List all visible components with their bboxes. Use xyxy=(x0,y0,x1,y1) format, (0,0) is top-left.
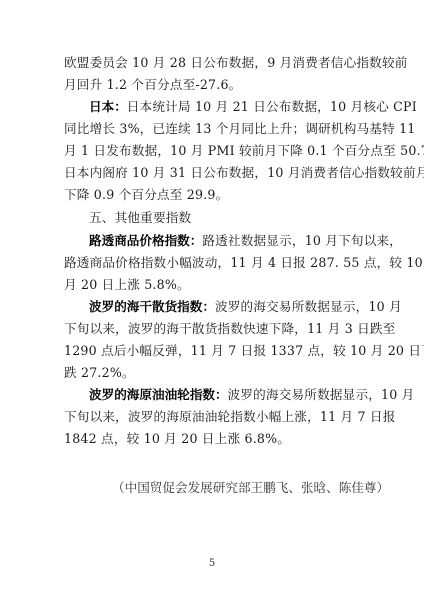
paragraph-bdi-line-2: 下旬以来，波罗的海干散货指数快速下降，11 月 3 日跌至 xyxy=(64,321,364,337)
paragraph-tanker-text: 波罗的海交易所数据显示，10 月 xyxy=(228,387,415,402)
paragraph-tanker-line-1: 波罗的海原油油轮指数：波罗的海交易所数据显示，10 月 xyxy=(89,387,364,403)
paragraph-eu-line-1: 欧盟委员会 10 月 28 日公布数据，9 月消费者信心指数较前 xyxy=(64,55,364,71)
paragraph-tanker-lead: 波罗的海原油油轮指数： xyxy=(89,387,228,402)
section-heading: 五、其他重要指数 xyxy=(89,210,364,226)
paragraph-reuters-line-1: 路透商品价格指数：路透社数据显示，10 月下旬以来， xyxy=(89,233,364,249)
paragraph-japan-line-2: 同比增长 3%，已连续 13 个月同比上升；调研机构马基特 11 xyxy=(64,121,364,137)
paragraph-japan-line-3: 月 1 日发布数据，10 月 PMI 较前月下降 0.1 个百分点至 50.7； xyxy=(64,143,364,159)
paragraph-reuters-line-2: 路透商品价格指数小幅波动，11 月 4 日报 287. 55 点，较 10 xyxy=(64,255,364,271)
attribution: （中国贸促会发展研究部王鹏飞、张晗、陈佳尊） xyxy=(112,480,372,496)
paragraph-japan-text: 日本统计局 10 月 21 日公布数据，10 月核心 CPI xyxy=(127,99,417,114)
paragraph-tanker-line-3: 1842 点，较 10 月 20 日上涨 6.8%。 xyxy=(64,431,364,447)
paragraph-reuters-line-3: 月 20 日上涨 5.8%。 xyxy=(64,277,364,293)
paragraph-japan-line-5: 下降 0.9 个百分点至 29.9。 xyxy=(64,187,364,203)
paragraph-japan-line-4: 日本内阁府 10 月 31 日公布数据，10 月消费者信心指数较前月 xyxy=(64,165,364,181)
paragraph-reuters-lead: 路透商品价格指数： xyxy=(89,233,202,248)
paragraph-reuters-text: 路透社数据显示，10 月下旬以来， xyxy=(202,233,402,248)
document-page: 欧盟委员会 10 月 28 日公布数据，9 月消费者信心指数较前 月回升 1.2… xyxy=(0,0,424,600)
paragraph-japan-lead: 日本： xyxy=(89,99,127,114)
paragraph-bdi-line-3: 1290 点后小幅反弹，11 月 7 日报 1337 点，较 10 月 20 日… xyxy=(64,343,364,359)
page-number: 5 xyxy=(0,558,424,569)
paragraph-japan-line-1: 日本：日本统计局 10 月 21 日公布数据，10 月核心 CPI xyxy=(89,99,364,115)
paragraph-bdi-lead: 波罗的海干散货指数： xyxy=(89,299,215,314)
paragraph-eu-line-2: 月回升 1.2 个百分点至-27.6。 xyxy=(64,77,364,93)
paragraph-bdi-line-4: 跌 27.2%。 xyxy=(64,365,364,381)
paragraph-tanker-line-2: 下旬以来，波罗的海原油油轮指数小幅上涨，11 月 7 日报 xyxy=(64,409,364,425)
paragraph-bdi-text: 波罗的海交易所数据显示，10 月 xyxy=(215,299,402,314)
paragraph-bdi-line-1: 波罗的海干散货指数：波罗的海交易所数据显示，10 月 xyxy=(89,299,364,315)
